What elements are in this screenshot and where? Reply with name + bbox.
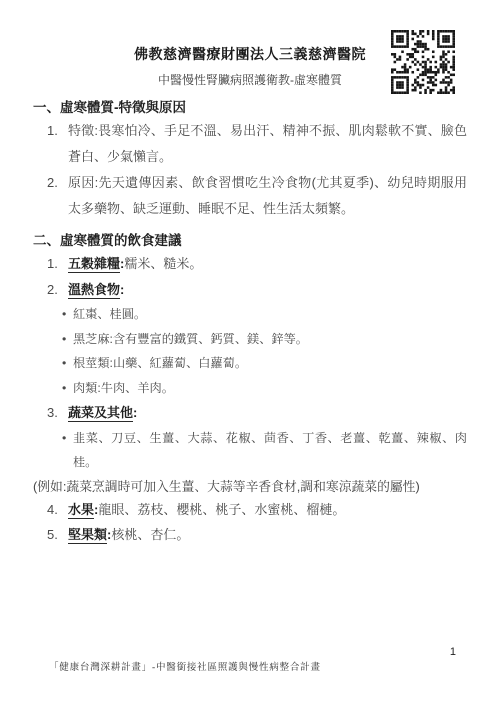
- list-item: 3. 蔬菜及其他:: [33, 400, 467, 426]
- bullet-icon: •: [62, 351, 73, 376]
- list-bullet: • 韭菜、刀豆、生薑、大蒜、花椒、茴香、丁香、老薑、乾薑、辣椒、肉桂。: [62, 426, 467, 475]
- bullet-text: 肉類:牛肉、羊肉。: [73, 376, 467, 401]
- item-text: 特徵:畏寒怕冷、手足不溫、易出汗、精神不振、肌肉鬆軟不實、臉色蒼白、少氣懶言。: [68, 118, 467, 170]
- list-item: 1. 特徵:畏寒怕冷、手足不溫、易出汗、精神不振、肌肉鬆軟不實、臉色蒼白、少氣懶…: [33, 118, 467, 170]
- bullet-icon: •: [62, 302, 73, 327]
- list-bullet: • 黑芝麻:含有豐富的鐵質、鈣質、鎂、鋅等。: [62, 327, 467, 352]
- list-bullet: • 紅棗、桂圓。: [62, 302, 467, 327]
- item-text: 溫熱食物:: [68, 277, 467, 303]
- qr-code-icon: [391, 30, 455, 94]
- item-number: 5.: [47, 522, 68, 548]
- item-label: 蔬菜及其他: [68, 405, 133, 422]
- bullet-text: 韭菜、刀豆、生薑、大蒜、花椒、茴香、丁香、老薑、乾薑、辣椒、肉桂。: [73, 426, 467, 475]
- section1-heading: 一、虛寒體質-特徵與原因: [33, 97, 467, 118]
- bullet-icon: •: [62, 376, 73, 401]
- item-number: 3.: [47, 400, 68, 426]
- bullet-text: 黑芝麻:含有豐富的鐵質、鈣質、鎂、鋅等。: [73, 327, 467, 352]
- item-colon: :: [120, 282, 124, 297]
- list-item: 2. 溫熱食物:: [33, 277, 467, 303]
- item-value: 糯米、糙米。: [124, 256, 202, 271]
- list-bullet: • 根莖類:山藥、紅蘿蔔、白蘿蔔。: [62, 351, 467, 376]
- item-label: 堅果類: [68, 527, 107, 544]
- document-body: 一、虛寒體質-特徵與原因 1. 特徵:畏寒怕冷、手足不溫、易出汗、精神不振、肌肉…: [0, 97, 500, 548]
- bullet-text: 根莖類:山藥、紅蘿蔔、白蘿蔔。: [73, 351, 467, 376]
- item-text: 蔬菜及其他:: [68, 400, 467, 426]
- item-colon: :: [133, 405, 137, 420]
- list-item: 2. 原因:先天遺傳因素、飲食習慣吃生冷食物(尤其夏季)、幼兒時期服用太多藥物、…: [33, 170, 467, 222]
- item-text: 水果:龍眼、荔枝、櫻桃、桃子、水蜜桃、榴槤。: [68, 497, 467, 523]
- list-bullet: • 肉類:牛肉、羊肉。: [62, 376, 467, 401]
- list-item: 1. 五穀雜糧:糯米、糙米。: [33, 251, 467, 277]
- item-label: 水果: [68, 502, 94, 519]
- item-label: 溫熱食物: [68, 282, 120, 299]
- bullet-icon: •: [62, 327, 73, 352]
- item-text: 堅果類:核桃、杏仁。: [68, 522, 467, 548]
- item-text: 五穀雜糧:糯米、糙米。: [68, 251, 467, 277]
- item-value: 龍眼、荔枝、櫻桃、桃子、水蜜桃、榴槤。: [98, 502, 345, 517]
- document-page: 佛教慈濟醫療財團法人三義慈濟醫院 中醫慢性腎臟病照護衛教-虛寒體質 一、虛寒體質…: [0, 0, 500, 707]
- item-number: 4.: [47, 497, 68, 523]
- page-number: 1: [450, 646, 456, 658]
- note-line: (例如:蔬菜烹調時可加入生薑、大蒜等辛香食材,調和寒涼蔬菜的屬性): [33, 476, 467, 497]
- footer-text: 「健康台灣深耕計畫」-中醫銜接社區照護與慢性病整合計畫: [49, 659, 321, 673]
- item-text: 原因:先天遺傳因素、飲食習慣吃生冷食物(尤其夏季)、幼兒時期服用太多藥物、缺乏運…: [68, 170, 467, 222]
- section2-heading: 二、虛寒體質的飲食建議: [33, 230, 467, 251]
- item-value: 核桃、杏仁。: [111, 527, 189, 542]
- list-item: 5. 堅果類:核桃、杏仁。: [33, 522, 467, 548]
- item-label: 五穀雜糧: [68, 256, 120, 273]
- item-number: 2.: [47, 170, 68, 222]
- item-number: 1.: [47, 118, 68, 170]
- bullet-icon: •: [62, 426, 73, 475]
- bullet-text: 紅棗、桂圓。: [73, 302, 467, 327]
- item-number: 2.: [47, 277, 68, 303]
- list-item: 4. 水果:龍眼、荔枝、櫻桃、桃子、水蜜桃、榴槤。: [33, 497, 467, 523]
- item-number: 1.: [47, 251, 68, 277]
